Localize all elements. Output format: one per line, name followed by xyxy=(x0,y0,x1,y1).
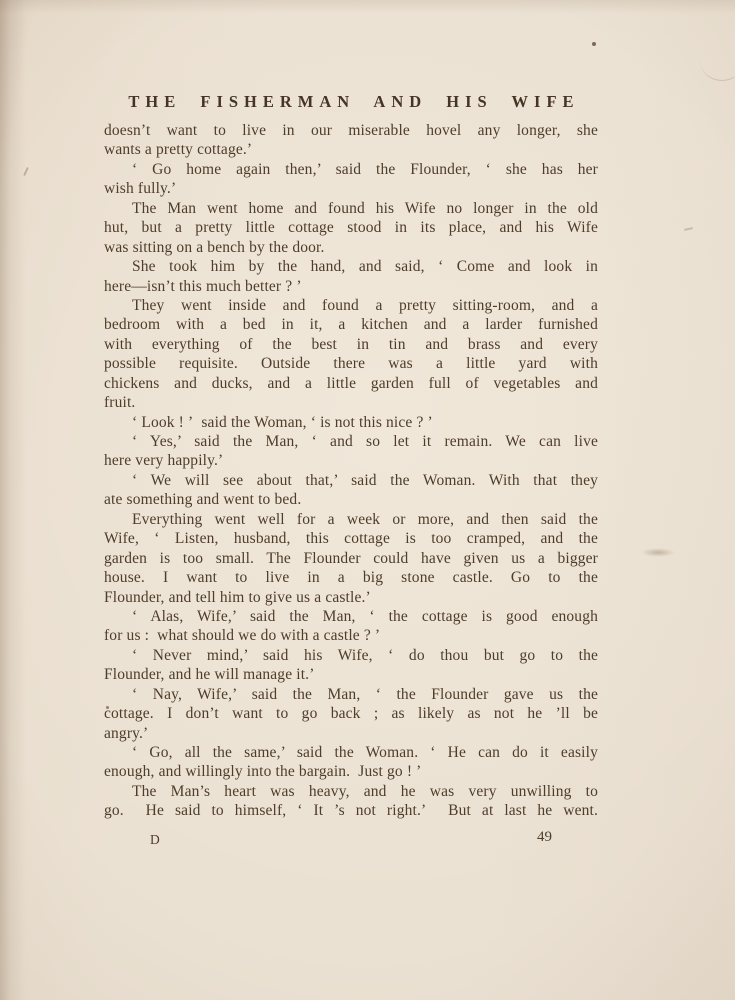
text-line: here very happily.’ xyxy=(104,451,598,470)
text-line: wish fully.’ xyxy=(104,179,598,198)
text-line: The Man’s heart was heavy, and he was ve… xyxy=(104,782,598,801)
text-line: ‘ We will see about that,’ said the Woma… xyxy=(104,471,598,490)
page-footer: D 49 xyxy=(104,829,598,849)
text-line: bedroom with a bed in it, a kitchen and … xyxy=(104,315,598,334)
paper-scratch xyxy=(23,167,29,176)
text-line: was sitting on a bench by the door. xyxy=(104,238,598,257)
paper-scratch xyxy=(684,227,693,231)
text-line: possible requisite. Outside there was a … xyxy=(104,354,598,373)
book-page-scan: THE FISHERMAN AND HIS WIFE doesn’t want … xyxy=(0,0,735,1000)
running-head-title: THE FISHERMAN AND HIS WIFE xyxy=(104,92,604,112)
paper-crease-mark xyxy=(700,40,735,81)
text-line: Flounder, and tell him to give us a cast… xyxy=(104,588,598,607)
signature-mark: D xyxy=(150,832,160,848)
text-line: The Man went home and found his Wife no … xyxy=(104,199,598,218)
text-line: ‘ Go home again then,’ said the Flounder… xyxy=(104,160,598,179)
text-line: ‘ Nay, Wife,’ said the Man, ‘ the Flound… xyxy=(104,685,598,704)
text-line: Flounder, and he will manage it.’ xyxy=(104,665,598,684)
paper-smudge xyxy=(641,548,675,557)
text-line: for us : what should we do with a castle… xyxy=(104,626,598,645)
text-line: cottage. I don’t want to go back ; as li… xyxy=(104,704,598,723)
text-line: She took him by the hand, and said, ‘ Co… xyxy=(104,257,598,276)
text-line: Everything went well for a week or more,… xyxy=(104,510,598,529)
text-line: fruit. xyxy=(104,393,598,412)
page-gutter-shadow xyxy=(0,0,26,1000)
text-line: go. He said to himself, ‘ It ’s not righ… xyxy=(104,801,598,820)
text-line: Wife, ‘ Listen, husband, this cottage is… xyxy=(104,529,598,548)
text-block: doesn’t want to live in our miserable ho… xyxy=(104,121,598,821)
text-line: ‘ Alas, Wife,’ said the Man, ‘ the cotta… xyxy=(104,607,598,626)
text-line: chickens and ducks, and a little garden … xyxy=(104,374,598,393)
text-line: garden is too small. The Flounder could … xyxy=(104,549,598,568)
text-line: hut, but a pretty little cottage stood i… xyxy=(104,218,598,237)
text-line: ‘ Go, all the same,’ said the Woman. ‘ H… xyxy=(104,743,598,762)
text-line: ‘ Yes,’ said the Man, ‘ and so let it re… xyxy=(104,432,598,451)
text-line: doesn’t want to live in our miserable ho… xyxy=(104,121,598,140)
text-line: here—isn’t this much better ? ’ xyxy=(104,277,598,296)
text-line: They went inside and found a pretty sitt… xyxy=(104,296,598,315)
text-line: ‘ Never mind,’ said his Wife, ‘ do thou … xyxy=(104,646,598,665)
text-line: angry.’ xyxy=(104,724,598,743)
text-line: wants a pretty cottage.’ xyxy=(104,140,598,159)
text-line: ‘ Look ! ’ said the Woman, ‘ is not this… xyxy=(104,413,598,432)
text-line: with everything of the best in tin and b… xyxy=(104,335,598,354)
text-line: enough, and willingly into the bargain. … xyxy=(104,762,598,781)
text-line: house. I want to live in a big stone cas… xyxy=(104,568,598,587)
ink-speck xyxy=(592,42,596,46)
page-top-shadow xyxy=(0,0,735,14)
text-line: ate something and went to bed. xyxy=(104,490,598,509)
page-number: 49 xyxy=(537,829,552,846)
